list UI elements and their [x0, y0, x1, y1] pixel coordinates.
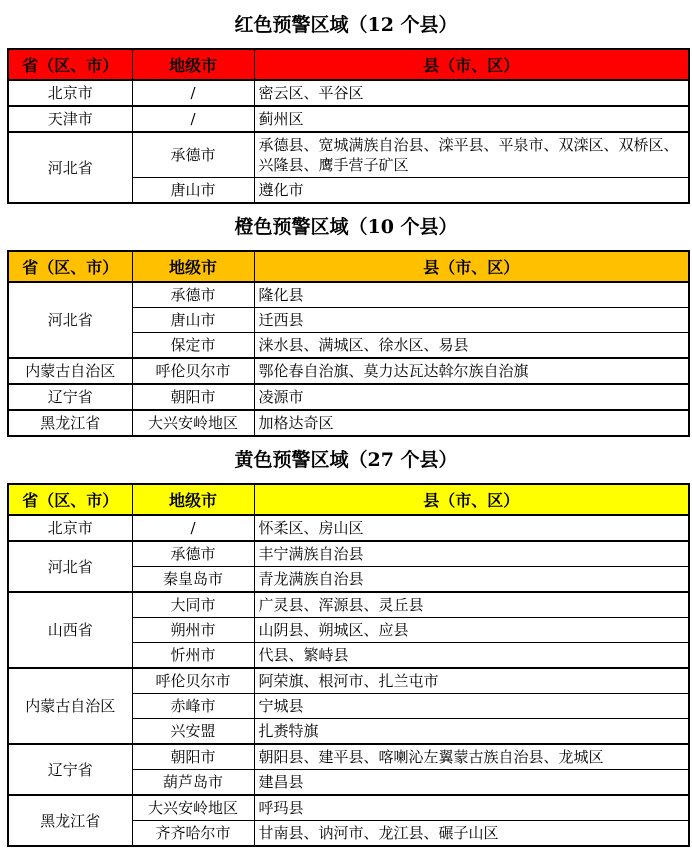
province-cell: 天津市: [8, 106, 132, 132]
city-cell: /: [132, 80, 254, 106]
city-cell: 大兴安岭地区: [132, 795, 254, 821]
counties-cell: 加格达奇区: [254, 410, 689, 436]
counties-cell: 丰宁满族自治县: [254, 541, 689, 567]
city-cell: 兴安盟: [132, 719, 254, 745]
counties-cell: 承德县、宽城满族自治县、滦平县、平泉市、双滦区、双桥区、兴隆县、鹰手营子矿区: [254, 132, 689, 178]
orange-warning-title: 橙色预警区域（10 个县）: [0, 215, 692, 239]
city-cell: 葫芦岛市: [132, 770, 254, 796]
tables-root: 红色预警区域（12 个县）省（区、市）地级市县（市、区）北京市/密云区、平谷区天…: [0, 13, 692, 847]
city-cell: 朔州市: [132, 618, 254, 643]
table-row: 河北省承德市承德县、宽城满族自治县、滦平县、平泉市、双滦区、双桥区、兴隆县、鹰手…: [8, 132, 689, 178]
table-row: 辽宁省朝阳市朝阳县、建平县、喀喇沁左翼蒙古族自治县、龙城区: [8, 744, 689, 770]
city-cell: 承德市: [132, 132, 254, 178]
table-row: 河北省承德市隆化县: [8, 282, 689, 308]
province-column-header: 省（区、市）: [8, 484, 132, 515]
red-warning-table: 省（区、市）地级市县（市、区）北京市/密云区、平谷区天津市/蓟州区河北省承德市承…: [7, 48, 690, 204]
counties-cell: 怀柔区、房山区: [254, 515, 689, 541]
orange-warning-section: 橙色预警区域（10 个县）省（区、市）地级市县（市、区）河北省承德市隆化县唐山市…: [0, 215, 692, 437]
red-warning-title: 红色预警区域（12 个县）: [0, 13, 692, 37]
province-cell: 北京市: [8, 515, 132, 541]
county-column-header: 县（市、区）: [254, 251, 689, 282]
counties-cell: 凌源市: [254, 384, 689, 410]
province-cell: 北京市: [8, 80, 132, 106]
province-cell: 山西省: [8, 592, 132, 668]
counties-cell: 朝阳县、建平县、喀喇沁左翼蒙古族自治县、龙城区: [254, 744, 689, 770]
province-cell: 内蒙古自治区: [8, 668, 132, 744]
yellow-warning-header-row: 省（区、市）地级市县（市、区）: [8, 484, 689, 515]
province-column-header: 省（区、市）: [8, 251, 132, 282]
city-column-header: 地级市: [132, 49, 254, 80]
counties-cell: 山阴县、朔城区、应县: [254, 618, 689, 643]
red-warning-section: 红色预警区域（12 个县）省（区、市）地级市县（市、区）北京市/密云区、平谷区天…: [0, 13, 692, 204]
counties-cell: 迁西县: [254, 308, 689, 333]
province-cell: 河北省: [8, 541, 132, 592]
yellow-warning-table: 省（区、市）地级市县（市、区）北京市/怀柔区、房山区河北省承德市丰宁满族自治县秦…: [7, 483, 690, 847]
orange-warning-header-row: 省（区、市）地级市县（市、区）: [8, 251, 689, 282]
counties-cell: 呼玛县: [254, 795, 689, 821]
city-cell: 齐齐哈尔市: [132, 821, 254, 847]
city-cell: 朝阳市: [132, 384, 254, 410]
counties-cell: 宁城县: [254, 694, 689, 719]
yellow-warning-section: 黄色预警区域（27 个县）省（区、市）地级市县（市、区）北京市/怀柔区、房山区河…: [0, 448, 692, 847]
table-row: 北京市/怀柔区、房山区: [8, 515, 689, 541]
orange-warning-table: 省（区、市）地级市县（市、区）河北省承德市隆化县唐山市迁西县保定市涞水县、满城区…: [7, 250, 690, 437]
city-cell: 大兴安岭地区: [132, 410, 254, 436]
province-cell: 内蒙古自治区: [8, 358, 132, 384]
city-cell: 秦皇岛市: [132, 567, 254, 593]
province-cell: 河北省: [8, 282, 132, 358]
province-cell: 辽宁省: [8, 384, 132, 410]
counties-cell: 代县、繁峙县: [254, 643, 689, 669]
counties-cell: 阿荣旗、根河市、扎兰屯市: [254, 668, 689, 694]
city-cell: 朝阳市: [132, 744, 254, 770]
counties-cell: 涞水县、满城区、徐水区、易县: [254, 333, 689, 359]
table-row: 北京市/密云区、平谷区: [8, 80, 689, 106]
counties-cell: 建昌县: [254, 770, 689, 796]
counties-cell: 扎赉特旗: [254, 719, 689, 745]
province-cell: 河北省: [8, 132, 132, 203]
city-cell: 唐山市: [132, 308, 254, 333]
city-column-header: 地级市: [132, 484, 254, 515]
table-row: 山西省大同市广灵县、浑源县、灵丘县: [8, 592, 689, 618]
table-row: 黑龙江省大兴安岭地区呼玛县: [8, 795, 689, 821]
warning-zones-document: 红色预警区域（12 个县）省（区、市）地级市县（市、区）北京市/密云区、平谷区天…: [0, 0, 692, 847]
city-cell: 承德市: [132, 541, 254, 567]
table-row: 辽宁省朝阳市凌源市: [8, 384, 689, 410]
city-cell: 大同市: [132, 592, 254, 618]
counties-cell: 遵化市: [254, 178, 689, 204]
yellow-warning-title: 黄色预警区域（27 个县）: [0, 448, 692, 472]
city-cell: 保定市: [132, 333, 254, 359]
city-cell: /: [132, 106, 254, 132]
city-cell: 唐山市: [132, 178, 254, 204]
province-cell: 黑龙江省: [8, 795, 132, 846]
city-cell: 忻州市: [132, 643, 254, 669]
counties-cell: 鄂伦春自治旗、莫力达瓦达斡尔族自治旗: [254, 358, 689, 384]
city-cell: 赤峰市: [132, 694, 254, 719]
counties-cell: 蓟州区: [254, 106, 689, 132]
table-row: 内蒙古自治区呼伦贝尔市阿荣旗、根河市、扎兰屯市: [8, 668, 689, 694]
counties-cell: 隆化县: [254, 282, 689, 308]
province-cell: 辽宁省: [8, 744, 132, 795]
province-column-header: 省（区、市）: [8, 49, 132, 80]
county-column-header: 县（市、区）: [254, 49, 689, 80]
city-cell: /: [132, 515, 254, 541]
table-row: 天津市/蓟州区: [8, 106, 689, 132]
table-row: 黑龙江省大兴安岭地区加格达奇区: [8, 410, 689, 436]
table-row: 内蒙古自治区呼伦贝尔市鄂伦春自治旗、莫力达瓦达斡尔族自治旗: [8, 358, 689, 384]
counties-cell: 青龙满族自治县: [254, 567, 689, 593]
red-warning-header-row: 省（区、市）地级市县（市、区）: [8, 49, 689, 80]
city-cell: 呼伦贝尔市: [132, 358, 254, 384]
counties-cell: 甘南县、讷河市、龙江县、碾子山区: [254, 821, 689, 847]
table-row: 河北省承德市丰宁满族自治县: [8, 541, 689, 567]
county-column-header: 县（市、区）: [254, 484, 689, 515]
city-column-header: 地级市: [132, 251, 254, 282]
city-cell: 承德市: [132, 282, 254, 308]
province-cell: 黑龙江省: [8, 410, 132, 436]
counties-cell: 广灵县、浑源县、灵丘县: [254, 592, 689, 618]
counties-cell: 密云区、平谷区: [254, 80, 689, 106]
city-cell: 呼伦贝尔市: [132, 668, 254, 694]
